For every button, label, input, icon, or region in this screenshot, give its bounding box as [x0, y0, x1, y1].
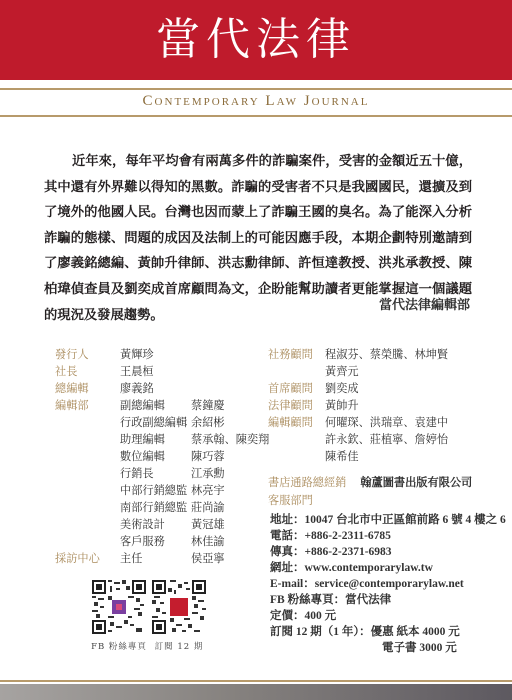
- staff-label: 社長: [55, 363, 77, 380]
- staff-role: 黃輝珍: [120, 346, 154, 363]
- staff-role: 廖義銘: [120, 380, 154, 397]
- staff-row: 南部行銷總監莊尚諭: [55, 499, 255, 516]
- advisor-names: 黃齊元: [325, 363, 359, 380]
- staff-name: 蔡承翰、陳奕翔: [191, 431, 269, 448]
- website-link[interactable]: 網址：www.contemporarylaw.tw: [270, 560, 506, 576]
- staff-label: 編輯部: [55, 397, 89, 414]
- advisor-names: 劉奕成: [325, 380, 359, 397]
- masthead-banner: 當代法律: [0, 0, 512, 80]
- staff-role: 行政副總編輯: [120, 414, 187, 431]
- journal-subtitle: Contemporary Law Journal: [0, 93, 512, 110]
- price: 定價：400 元: [270, 608, 506, 624]
- email-link[interactable]: E-mail：service@contemporarylaw.net: [270, 576, 506, 592]
- staff-role: 中部行銷總監: [120, 482, 187, 499]
- customer-service-label: 客服部門: [268, 492, 313, 508]
- advisor-row: 首席顧問劉奕成: [268, 380, 508, 397]
- qr-fb-block: FB 粉絲專頁: [92, 580, 149, 652]
- staff-label: 發行人: [55, 346, 89, 363]
- qr-caption: FB 粉絲專頁: [89, 640, 149, 652]
- staff-role: 副總編輯: [120, 397, 165, 414]
- staff-row: 客戶服務林佳諭: [55, 533, 255, 550]
- advisor-label: 法律顧問: [268, 397, 313, 414]
- advisor-names: 黃帥升: [325, 397, 359, 414]
- advisor-row: 編輯顧問何曜琛、洪瑞章、袁建中: [268, 414, 508, 431]
- fax: 傳真：+886-2-2371-6983: [270, 544, 506, 560]
- phone: 電話：+886-2-2311-6785: [270, 528, 506, 544]
- staff-role: 行銷長: [120, 465, 154, 482]
- staff-row: 行銷長江承勳: [55, 465, 255, 482]
- staff-row: 採訪中心主任侯亞寧: [55, 550, 255, 567]
- staff-role: 助理編輯: [120, 431, 165, 448]
- subscription-price: 訂閱 12 期（1 年）：優惠 紙本 4000 元: [270, 624, 506, 640]
- advisor-label: 首席顧問: [268, 380, 313, 397]
- qr-code-icon[interactable]: [92, 580, 146, 634]
- staff-label: 總編輯: [55, 380, 89, 397]
- advisor-row: 許永欽、莊植寧、詹婷怡: [268, 431, 508, 448]
- staff-name: 林亮宇: [191, 482, 225, 499]
- staff-name: 陳巧蓉: [191, 448, 225, 465]
- staff-name: 江承勳: [191, 465, 225, 482]
- staff-role: 數位編輯: [120, 448, 165, 465]
- qr-code-icon[interactable]: [152, 580, 206, 634]
- advisor-row: 社務顧問程淑芬、蔡榮騰、林坤賢: [268, 346, 508, 363]
- qr-caption: 訂閱 12 期: [149, 640, 209, 652]
- contact-info: 地址：10047 台北市中正區館前路 6 號 4 樓之 6 電話：+886-2-…: [270, 512, 506, 656]
- staff-name: 余紹彬: [191, 414, 225, 431]
- qr-subscribe-block: 訂閱 12 期: [152, 580, 209, 652]
- staff-list-right: 社務顧問程淑芬、蔡榮騰、林坤賢 黃齊元 首席顧問劉奕成 法律顧問黃帥升 編輯顧問…: [268, 346, 508, 465]
- divider: [0, 88, 512, 90]
- advisor-row: 法律顧問黃帥升: [268, 397, 508, 414]
- staff-row: 行政副總編輯余紹彬: [55, 414, 255, 431]
- advisor-label: 編輯顧問: [268, 414, 313, 431]
- distributor-label: 書店通路總經銷: [268, 476, 346, 489]
- staff-row: 社長王晨桓: [55, 363, 255, 380]
- journal-title: 當代法律: [0, 12, 512, 68]
- advisor-row: 陳希佳: [268, 448, 508, 465]
- staff-row: 編輯部副總編輯蔡鐘慶: [55, 397, 255, 414]
- staff-row: 總編輯廖義銘: [55, 380, 255, 397]
- advisor-names: 何曜琛、洪瑞章、袁建中: [325, 414, 448, 431]
- advisor-names: 陳希佳: [325, 448, 359, 465]
- address: 地址：10047 台北市中正區館前路 6 號 4 樓之 6: [270, 512, 506, 528]
- staff-row: 中部行銷總監林亮宇: [55, 482, 255, 499]
- footer-bar: [0, 684, 512, 700]
- staff-row: 美術設計黃冠雄: [55, 516, 255, 533]
- staff-name: 莊尚諭: [191, 499, 225, 516]
- staff-name: 侯亞寧: [191, 550, 225, 567]
- staff-row: 發行人黃輝珍: [55, 346, 255, 363]
- staff-role: 王晨桓: [120, 363, 154, 380]
- advisor-names: 許永欽、莊植寧、詹婷怡: [325, 431, 448, 448]
- staff-list-left: 發行人黃輝珍 社長王晨桓 總編輯廖義銘 編輯部副總編輯蔡鐘慶 行政副總編輯余紹彬…: [55, 346, 255, 567]
- distributor-line: 書店通路總經銷翰蘆圖書出版有限公司: [268, 474, 472, 491]
- staff-role: 美術設計: [120, 516, 165, 533]
- staff-name: 蔡鐘慶: [191, 397, 225, 414]
- staff-name: 黃冠雄: [191, 516, 225, 533]
- distributor-name: 翰蘆圖書出版有限公司: [360, 475, 472, 489]
- subscription-ebook-price: 電子書 3000 元: [270, 640, 506, 656]
- footer-divider: [0, 680, 512, 682]
- advisor-row: 黃齊元: [268, 363, 508, 380]
- fb-page: FB 粉絲專頁：當代法律: [270, 592, 506, 608]
- staff-role: 南部行銷總監: [120, 499, 187, 516]
- staff-name: 林佳諭: [191, 533, 225, 550]
- staff-label: 採訪中心: [55, 550, 100, 567]
- editorial-signature: 當代法律編輯部: [340, 294, 470, 313]
- advisor-names: 程淑芬、蔡榮騰、林坤賢: [325, 346, 448, 363]
- staff-row: 助理編輯蔡承翰、陳奕翔: [55, 431, 255, 448]
- staff-role: 主任: [120, 550, 142, 567]
- divider: [0, 115, 512, 117]
- staff-row: 數位編輯陳巧蓉: [55, 448, 255, 465]
- advisor-label: 社務顧問: [268, 346, 313, 363]
- staff-role: 客戶服務: [120, 533, 165, 550]
